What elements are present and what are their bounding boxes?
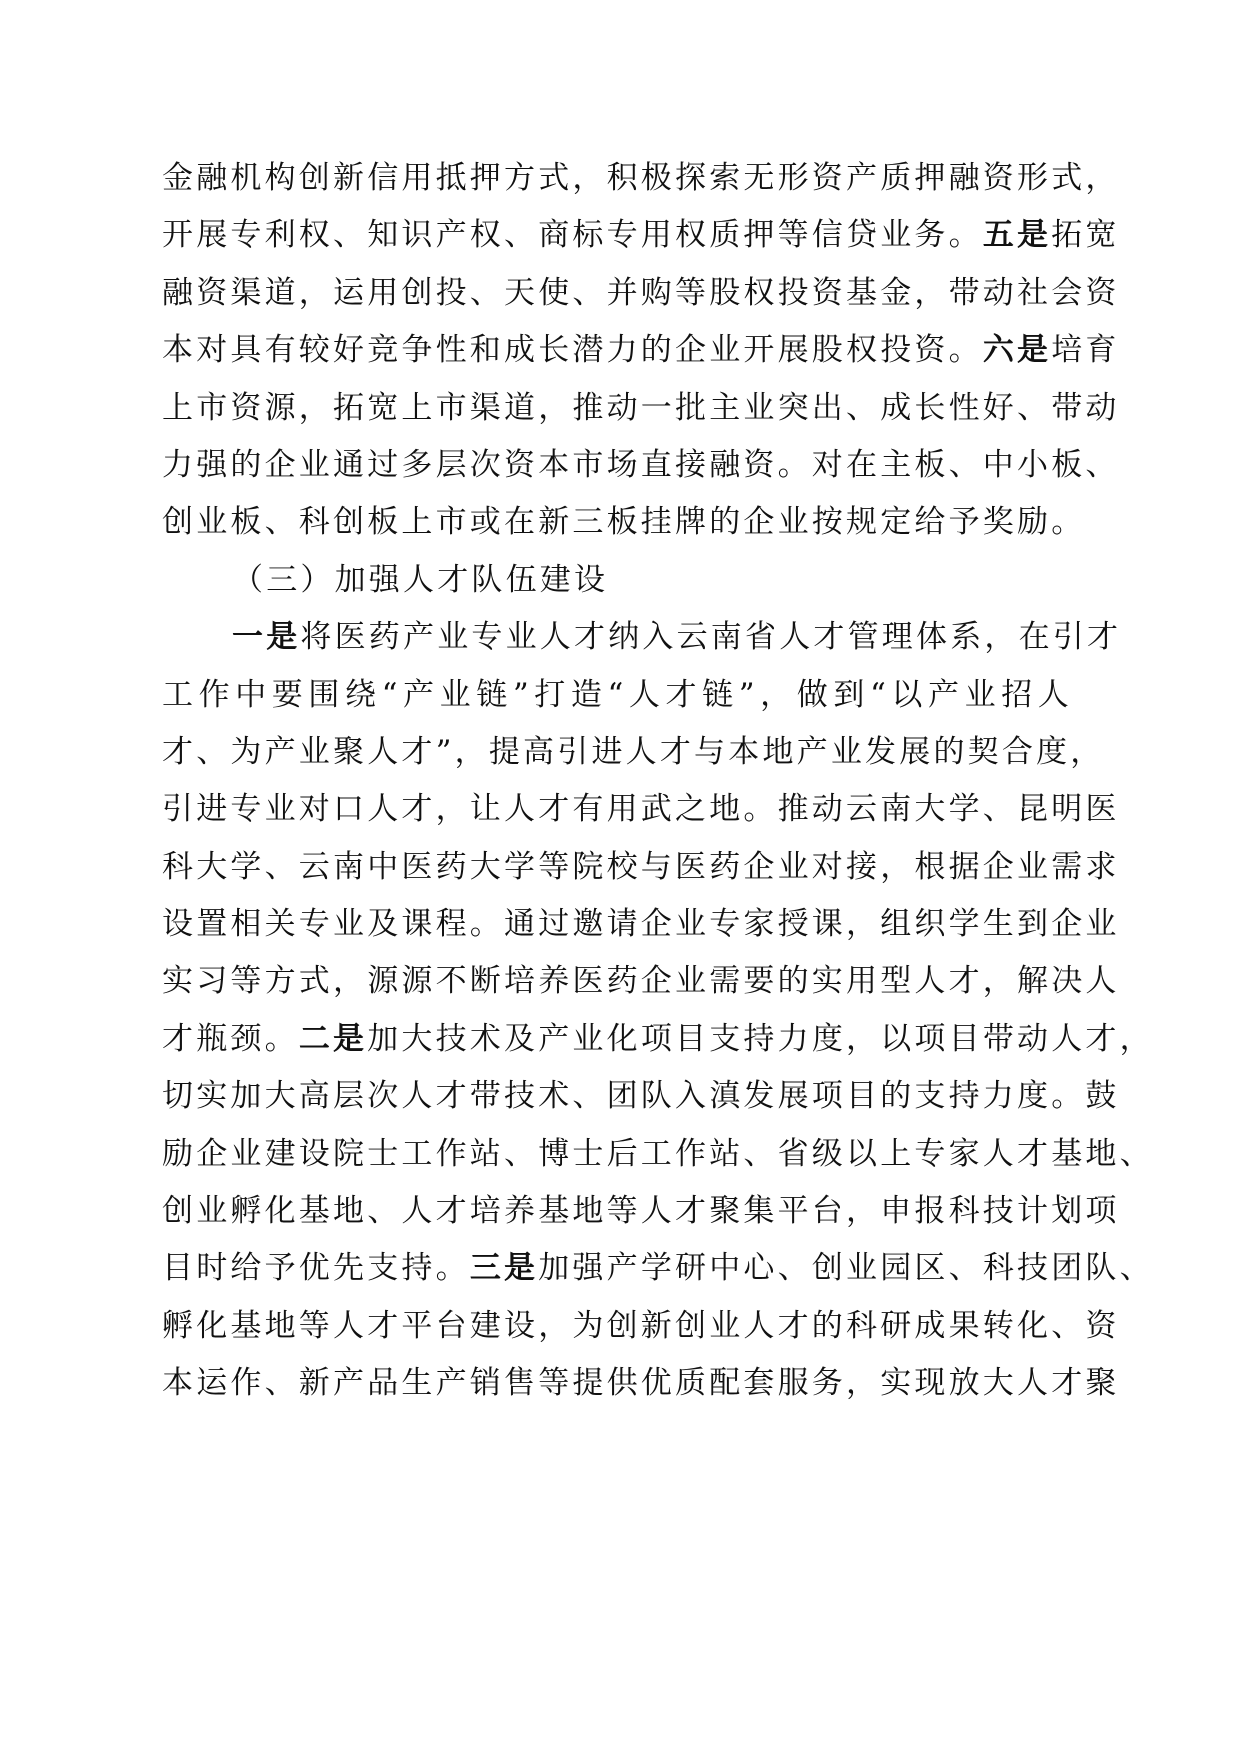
text-line: 上市资源，拓宽上市渠道，推动一批主业突出、成长性好、带动 xyxy=(162,380,1072,437)
paragraph-financing: 金融机构创新信用抵押方式，积极探索无形资产质押融资形式， 开展专利权、知识产权、… xyxy=(162,150,1072,552)
text-line: 励企业建设院士工作站、博士后工作站、省级以上专家人才基地、 xyxy=(162,1126,1072,1183)
text-line: 开展专利权、知识产权、商标专用权质押等信贷业务。五是拓宽 xyxy=(162,207,1072,264)
text-line: 切实加大高层次人才带技术、团队入滇发展项目的支持力度。鼓 xyxy=(162,1068,1072,1125)
text-line: 才瓶颈。二是加大技术及产业化项目支持力度，以项目带动人才， xyxy=(162,1011,1072,1068)
section-heading: （三）加强人才队伍建设 xyxy=(162,552,1072,609)
text-line: 引进专业对口人才，让人才有用武之地。推动云南大学、昆明医 xyxy=(162,781,1072,838)
text-line: 一是将医药产业专业人才纳入云南省人才管理体系，在引才 xyxy=(162,609,1072,666)
text-line: 融资渠道，运用创投、天使、并购等股权投资基金，带动社会资 xyxy=(162,265,1072,322)
text-line: 金融机构创新信用抵押方式，积极探索无形资产质押融资形式， xyxy=(162,150,1072,207)
text-line: 科大学、云南中医药大学等院校与医药企业对接，根据企业需求 xyxy=(162,839,1072,896)
bold-marker-two: 二是 xyxy=(299,1021,367,1057)
text-line: 本对具有较好竞争性和成长潜力的企业开展股权投资。六是培育 xyxy=(162,322,1072,379)
text-line: 力强的企业通过多层次资本市场直接融资。对在主板、中小板、 xyxy=(162,437,1072,494)
text-line: 本运作、新产品生产销售等提供优质配套服务，实现放大人才聚 xyxy=(162,1355,1072,1412)
bold-marker-one: 一是 xyxy=(232,619,300,655)
text-line: 实习等方式，源源不断培养医药企业需要的实用型人才，解决人 xyxy=(162,953,1072,1010)
paragraph-talent: 一是将医药产业专业人才纳入云南省人才管理体系，在引才 工作中要围绕“产业链”打造… xyxy=(162,609,1072,1412)
text-line: 设置相关专业及课程。通过邀请企业专家授课，组织学生到企业 xyxy=(162,896,1072,953)
text-line: 创业板、科创板上市或在新三板挂牌的企业按规定给予奖励。 xyxy=(162,494,1072,551)
bold-marker-six: 六是 xyxy=(983,332,1051,368)
text-line: 创业孵化基地、人才培养基地等人才聚集平台，申报科技计划项 xyxy=(162,1183,1072,1240)
text-line: 工作中要围绕“产业链”打造“人才链”，做到“以产业招人 xyxy=(162,667,1072,724)
text-line: 孵化基地等人才平台建设，为创新创业人才的科研成果转化、资 xyxy=(162,1298,1072,1355)
bold-marker-five: 五是 xyxy=(983,217,1051,253)
text-line: 目时给予优先支持。三是加强产学研中心、创业园区、科技团队、 xyxy=(162,1240,1072,1297)
bold-marker-three: 三是 xyxy=(470,1250,538,1286)
text-line: 才、为产业聚人才”，提高引进人才与本地产业发展的契合度， xyxy=(162,724,1072,781)
document-page: 金融机构创新信用抵押方式，积极探索无形资产质押融资形式， 开展专利权、知识产权、… xyxy=(162,150,1072,1413)
